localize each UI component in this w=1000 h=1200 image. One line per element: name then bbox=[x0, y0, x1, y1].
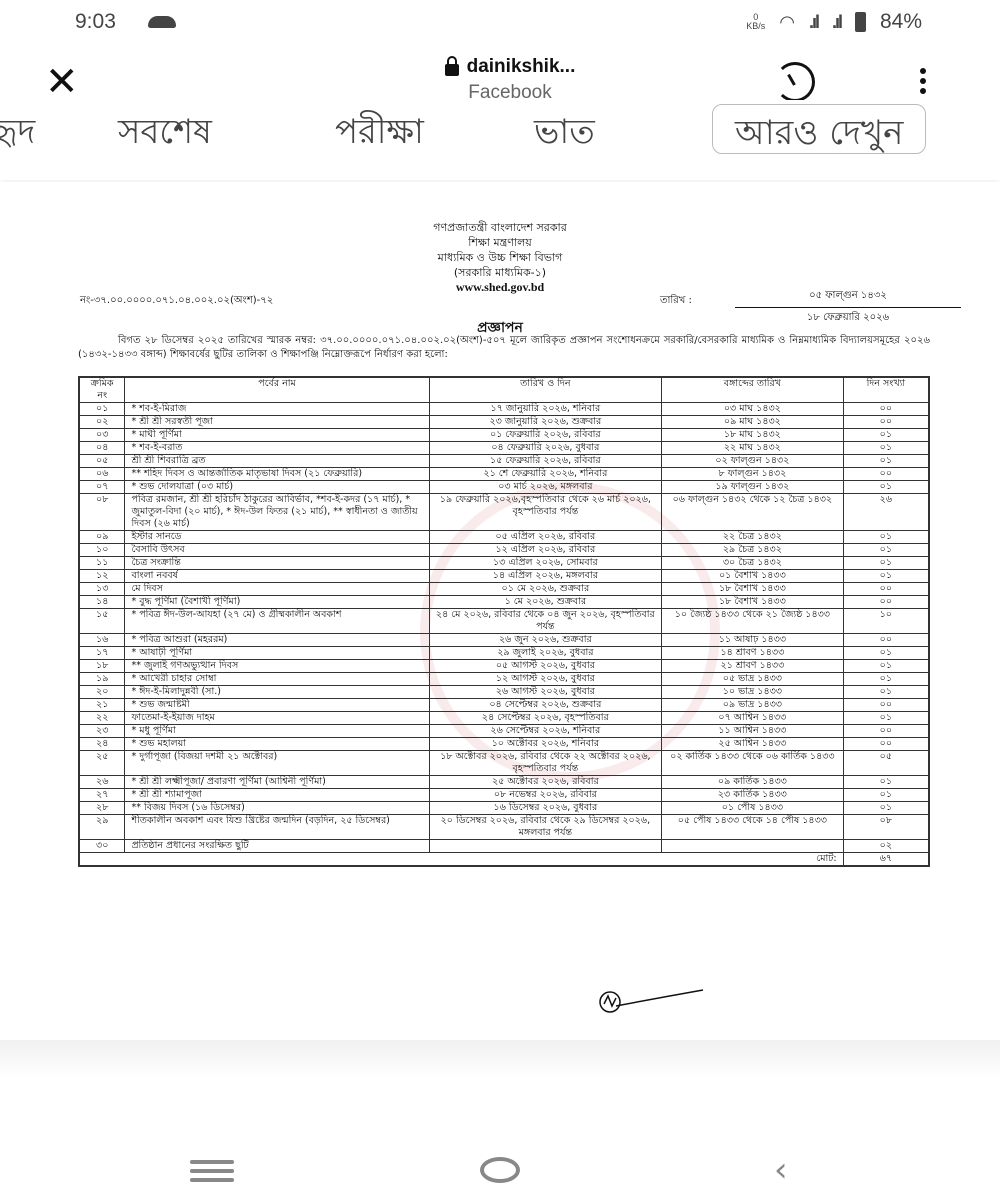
cell-date: ২৬ আগস্ট ২০২৬, বুধবার bbox=[429, 686, 662, 699]
cell-bangla-date: ১৯ ফাল্গুন ১৪৩২ bbox=[662, 481, 844, 494]
cell-date: ০৫ এপ্রিল ২০২৬, রবিবার bbox=[429, 531, 662, 544]
cell-date: ১২ এপ্রিল ২০২৬, রবিবার bbox=[429, 544, 662, 557]
network-speed: 0 KB/s bbox=[746, 13, 765, 31]
cell-date: ১৫ ফেব্রুয়ারি ২০২৬, রবিবার bbox=[429, 455, 662, 468]
cell-serial: ২৯ bbox=[79, 815, 125, 840]
cell-days: ০১ bbox=[843, 673, 929, 686]
cell-name: * মধু পূর্ণিমা bbox=[125, 725, 429, 738]
category-strip: হৃদ সবশেষ পরীক্ষা ভাত আরও দেখুন bbox=[0, 100, 1000, 180]
status-indicators: 0 KB/s ◠ .ıl .ıl 84% bbox=[746, 10, 922, 34]
cell-bangla-date: ১৮ মাঘ ১৪৩২ bbox=[662, 429, 844, 442]
cell-bangla-date: ২২ চৈত্র ১৪৩২ bbox=[662, 531, 844, 544]
cell-bangla-date: ০৯ ভাদ্র ১৪৩৩ bbox=[662, 699, 844, 712]
table-row: ১৯* আখেরী চাহার সোম্বা১২ আগস্ট ২০২৬, বুধ… bbox=[79, 673, 929, 686]
cell-name: ** বিজয় দিবস (১৬ ডিসেম্বর) bbox=[125, 802, 429, 815]
cell-bangla-date: ০৯ কার্তিক ১৪৩৩ bbox=[662, 776, 844, 789]
cell-date: ১৯ ফেব্রুয়ারি ২০২৬,বৃহস্পতিবার থেকে ২৬ … bbox=[429, 494, 662, 531]
table-row: ০১* শব-ই-মিরাজ১৭ জানুয়ারি ২০২৬, শনিবার০… bbox=[79, 403, 929, 416]
table-row: ০৬** শহিদ দিবস ও আন্তর্জাতিক মাতৃভাষা দি… bbox=[79, 468, 929, 481]
cell-bangla-date: ০৫ ভাদ্র ১৪৩৩ bbox=[662, 673, 844, 686]
cell-serial: ২৭ bbox=[79, 789, 125, 802]
cell-name: * আখেরী চাহার সোম্বা bbox=[125, 673, 429, 686]
cell-bangla-date: ০৯ মাঘ ১৪৩২ bbox=[662, 416, 844, 429]
cell-bangla-date: ১৮ বৈশাখ ১৪৩৩ bbox=[662, 583, 844, 596]
cell-serial: ২৫ bbox=[79, 751, 125, 776]
cell-days: ০১ bbox=[843, 712, 929, 725]
cell-bangla-date: ৮ ফাল্গুন ১৪৩২ bbox=[662, 468, 844, 481]
cloud-icon bbox=[148, 16, 176, 28]
cell-days: ০১ bbox=[843, 481, 929, 494]
cell-days: ০০ bbox=[843, 596, 929, 609]
cell-date bbox=[429, 840, 662, 853]
cell-name: * শুভ মহালয়া bbox=[125, 738, 429, 751]
cell-serial: ২৮ bbox=[79, 802, 125, 815]
cell-days: ০২ bbox=[843, 840, 929, 853]
table-row: ০২* শ্রী শ্রী সরস্বতী পূজা২৩ জানুয়ারি ২… bbox=[79, 416, 929, 429]
cell-days: ০০ bbox=[843, 738, 929, 751]
table-row: ২৬* শ্রী শ্রী লক্ষ্মীপূজা/ প্রবারণা পূর্… bbox=[79, 776, 929, 789]
cell-serial: ০২ bbox=[79, 416, 125, 429]
table-row: ১৪* বুদ্ধ পূর্ণিমা (বৈশাখী পূর্ণিমা)১ মে… bbox=[79, 596, 929, 609]
cell-days: ০০ bbox=[843, 583, 929, 596]
header-line: শিক্ষা মন্ত্রণালয় bbox=[0, 235, 1000, 250]
cell-name: বৈসাবি উৎসব bbox=[125, 544, 429, 557]
cell-date: ২৪ মে ২০২৬, রবিবার থেকে ০৪ জুন ২০২৬, বৃহ… bbox=[429, 609, 662, 634]
cell-name: শ্রী শ্রী শিবরাত্রি ব্রত bbox=[125, 455, 429, 468]
cell-name: শীতকালীন অবকাশ এবং যিশু খ্রিষ্টের জন্মদি… bbox=[125, 815, 429, 840]
signature bbox=[598, 986, 708, 1016]
cell-days: ০১ bbox=[843, 776, 929, 789]
col-header-days: দিন সংখ্যা bbox=[843, 377, 929, 403]
cell-serial: ০৬ bbox=[79, 468, 125, 481]
header-line: (সরকারি মাধ্যমিক-১) bbox=[0, 265, 1000, 280]
battery-level: 84% bbox=[880, 10, 922, 34]
cell-days: ০১ bbox=[843, 544, 929, 557]
cell-days: ০১ bbox=[843, 570, 929, 583]
col-header-name: পর্বের নাম bbox=[125, 377, 429, 403]
cell-serial: ১৬ bbox=[79, 634, 125, 647]
cell-serial: ১৭ bbox=[79, 647, 125, 660]
home-icon[interactable] bbox=[480, 1157, 520, 1183]
url-display[interactable]: dainikshik... Facebook bbox=[380, 56, 640, 104]
cell-name: ইস্টার সানডে bbox=[125, 531, 429, 544]
cell-days: ০০ bbox=[843, 699, 929, 712]
back-icon[interactable]: ‹ bbox=[774, 1150, 788, 1190]
cell-name: * শ্রী শ্রী সরস্বতী পূজা bbox=[125, 416, 429, 429]
table-header-row: ক্রমিক নং পর্বের নাম তারিখ ও দিন বঙ্গাব্… bbox=[79, 377, 929, 403]
table-row: ১২বাংলা নববর্ষ১৪ এপ্রিল ২০২৬, মঙ্গলবার০১… bbox=[79, 570, 929, 583]
cell-days: ০০ bbox=[843, 725, 929, 738]
cell-date: ০৩ মার্চ ২০২৬, মঙ্গলবার bbox=[429, 481, 662, 494]
col-header-date: তারিখ ও দিন bbox=[429, 377, 662, 403]
cell-name: ** শহিদ দিবস ও আন্তর্জাতিক মাতৃভাষা দিবস… bbox=[125, 468, 429, 481]
cell-bangla-date: ১০ ভাদ্র ১৪৩৩ bbox=[662, 686, 844, 699]
header-line: গণপ্রজাতন্ত্রী বাংলাদেশ সরকার bbox=[0, 220, 1000, 235]
cell-name: মে দিবস bbox=[125, 583, 429, 596]
table-row: ১০বৈসাবি উৎসব১২ এপ্রিল ২০২৬, রবিবার২৯ চৈ… bbox=[79, 544, 929, 557]
history-icon[interactable] bbox=[775, 62, 815, 102]
cell-serial: ০৩ bbox=[79, 429, 125, 442]
cell-days: ০১ bbox=[843, 660, 929, 673]
cell-serial: ৩০ bbox=[79, 840, 125, 853]
cell-days: ০১ bbox=[843, 802, 929, 815]
category-item[interactable]: সবশেষ bbox=[118, 106, 212, 163]
cell-date: ১২ আগস্ট ২০২৬, বুধবার bbox=[429, 673, 662, 686]
cell-serial: ২৪ bbox=[79, 738, 125, 751]
cell-name: পবিত্র রমজান, শ্রী শ্রী হরিচাঁদ ঠাকুরের … bbox=[125, 494, 429, 531]
cell-date: ০৫ আগস্ট ২০২৬, বুধবার bbox=[429, 660, 662, 673]
cell-name: * শ্রী শ্রী শ্যামাপূজা bbox=[125, 789, 429, 802]
category-item[interactable]: পরীক্ষা bbox=[335, 106, 424, 163]
cell-serial: ১১ bbox=[79, 557, 125, 570]
cell-days: ০১ bbox=[843, 442, 929, 455]
cell-name: * ঈদ-ই-মিলাদুন্নবী (সা.) bbox=[125, 686, 429, 699]
cell-serial: ১৮ bbox=[79, 660, 125, 673]
cell-date: ০৮ নভেম্বর ২০২৬, রবিবার bbox=[429, 789, 662, 802]
category-item[interactable]: ভাত bbox=[534, 106, 595, 163]
bottom-nav-area: ‹ bbox=[0, 1040, 1000, 1200]
status-time: 9:03 bbox=[75, 10, 116, 34]
cell-bangla-date: ২২ মাঘ ১৪৩২ bbox=[662, 442, 844, 455]
cell-date: ০৪ ফেব্রুয়ারি ২০২৬, বুধবার bbox=[429, 442, 662, 455]
cell-days: ০১ bbox=[843, 686, 929, 699]
table-row: ২৪* শুভ মহালয়া১০ অক্টোবর ২০২৬, শনিবার২৫… bbox=[79, 738, 929, 751]
document-intro: বিগত ২৮ ডিসেম্বর ২০২৫ তারিখের স্মারক নম্… bbox=[78, 334, 930, 362]
cell-date: ১৩ এপ্রিল ২০২৬, সোমবার bbox=[429, 557, 662, 570]
cell-days: ০১ bbox=[843, 531, 929, 544]
cell-bangla-date bbox=[662, 840, 844, 853]
cell-name: * মাঘী পূর্ণিমা bbox=[125, 429, 429, 442]
table-row: ১১চৈত্র সংক্রান্তি১৩ এপ্রিল ২০২৬, সোমবার… bbox=[79, 557, 929, 570]
cell-serial: ১৪ bbox=[79, 596, 125, 609]
cell-date: ১৭ জানুয়ারি ২০২৬, শনিবার bbox=[429, 403, 662, 416]
cell-days: ০১ bbox=[843, 789, 929, 802]
cell-bangla-date: ০৩ মাঘ ১৪৩২ bbox=[662, 403, 844, 416]
cell-date: ২০ ডিসেম্বর ২০২৬, রবিবার থেকে ২৯ ডিসেম্ব… bbox=[429, 815, 662, 840]
cell-serial: ০৮ bbox=[79, 494, 125, 531]
cell-name: * শ্রী শ্রী লক্ষ্মীপূজা/ প্রবারণা পূর্ণি… bbox=[125, 776, 429, 789]
cell-name: * শুভ জন্মাষ্টমী bbox=[125, 699, 429, 712]
cell-days: ০৫ bbox=[843, 751, 929, 776]
document-header: গণপ্রজাতন্ত্রী বাংলাদেশ সরকার শিক্ষা মন্… bbox=[0, 220, 1000, 295]
cell-days: ০১ bbox=[843, 429, 929, 442]
wifi-icon: ◠ bbox=[779, 12, 795, 33]
date-label: তারিখ : bbox=[660, 293, 692, 310]
cell-serial: ২২ bbox=[79, 712, 125, 725]
cell-date: ০৪ সেপ্টেম্বর ২০২৬, শুক্রবার bbox=[429, 699, 662, 712]
table-row: ১৬* পবিত্র আশুরা (মহররম)২৬ জুন ২০২৬, শুক… bbox=[79, 634, 929, 647]
table-row: ১৩মে দিবস০১ মে ২০২৬, শুক্রবার১৮ বৈশাখ ১৪… bbox=[79, 583, 929, 596]
cell-serial: ০৯ bbox=[79, 531, 125, 544]
total-label: মোট: bbox=[79, 853, 843, 867]
lock-icon bbox=[445, 64, 459, 76]
table-row: ০৭* শুভ দোলযাত্রা (০৩ মার্চ)০৩ মার্চ ২০২… bbox=[79, 481, 929, 494]
table-row: ৩০প্রতিষ্ঠান প্রধানের সংরক্ষিত ছুটি০২ bbox=[79, 840, 929, 853]
signal-icon-2: .ıl bbox=[832, 12, 841, 33]
cell-bangla-date: ৩০ চৈত্র ১৪৩২ bbox=[662, 557, 844, 570]
cell-bangla-date: ১৪ শ্রাবণ ১৪৩৩ bbox=[662, 647, 844, 660]
cell-days: ০১ bbox=[843, 557, 929, 570]
cell-bangla-date: ০২ কার্তিক ১৪৩৩ থেকে ০৬ কার্তিক ১৪৩৩ bbox=[662, 751, 844, 776]
cell-date: ২১ শে ফেব্রুয়ারি ২০২৬, শনিবার bbox=[429, 468, 662, 481]
cell-date: ২৯ জুলাই ২০২৬, বুধবার bbox=[429, 647, 662, 660]
cell-days: ০০ bbox=[843, 416, 929, 429]
cell-name: * আষাঢ়ী পূর্ণিমা bbox=[125, 647, 429, 660]
cell-bangla-date: ০১ পৌষ ১৪৩৩ bbox=[662, 802, 844, 815]
cell-name: * পবিত্র ঈদ-উল-আযহা (২৭ মে) ও গ্রীষ্মকাল… bbox=[125, 609, 429, 634]
cell-serial: ১৫ bbox=[79, 609, 125, 634]
col-header-serial: ক্রমিক নং bbox=[79, 377, 125, 403]
cell-serial: ০৪ bbox=[79, 442, 125, 455]
cell-date: ১৪ এপ্রিল ২০২৬, মঙ্গলবার bbox=[429, 570, 662, 583]
cell-date: ১০ অক্টোবর ২০২৬, শনিবার bbox=[429, 738, 662, 751]
cell-date: ২৬ সেপ্টেম্বর ২০২৬, শনিবার bbox=[429, 725, 662, 738]
cell-bangla-date: ২৯ চৈত্র ১৪৩২ bbox=[662, 544, 844, 557]
cell-date: ২৬ জুন ২০২৬, শুক্রবার bbox=[429, 634, 662, 647]
cell-days: ০১ bbox=[843, 647, 929, 660]
cell-date: ১৬ ডিসেম্বর ২০২৬, বুধবার bbox=[429, 802, 662, 815]
cell-date: ১৮ অক্টোবর ২০২৬, রবিবার থেকে ২২ অক্টোবর … bbox=[429, 751, 662, 776]
cell-date: ২৩ জানুয়ারি ২০২৬, শুক্রবার bbox=[429, 416, 662, 429]
cell-bangla-date: ১৮ বৈশাখ ১৪৩৩ bbox=[662, 596, 844, 609]
cell-name: বাংলা নববর্ষ bbox=[125, 570, 429, 583]
document-image: গণপ্রজাতন্ত্রী বাংলাদেশ সরকার শিক্ষা মন্… bbox=[0, 182, 1000, 1040]
cell-name: * দুর্গাপূজা (বিজয়া দশমী ২১ অক্টোবর) bbox=[125, 751, 429, 776]
cell-days: ০১ bbox=[843, 455, 929, 468]
cell-serial: ০১ bbox=[79, 403, 125, 416]
cell-bangla-date: ১১ আষাঢ় ১৪৩৩ bbox=[662, 634, 844, 647]
cell-days: ২৬ bbox=[843, 494, 929, 531]
header-line: মাধ্যমিক ও উচ্চ শিক্ষা বিভাগ bbox=[0, 250, 1000, 265]
table-row: ২৮** বিজয় দিবস (১৬ ডিসেম্বর)১৬ ডিসেম্বর… bbox=[79, 802, 929, 815]
cell-serial: ২১ bbox=[79, 699, 125, 712]
cell-bangla-date: ০৭ আশ্বিন ১৪৩৩ bbox=[662, 712, 844, 725]
cell-name: * পবিত্র আশুরা (মহররম) bbox=[125, 634, 429, 647]
cell-bangla-date: ২৩ কার্তিক ১৪৩৩ bbox=[662, 789, 844, 802]
cell-name: * শুভ দোলযাত্রা (০৩ মার্চ) bbox=[125, 481, 429, 494]
table-row: ১৫* পবিত্র ঈদ-উল-আযহা (২৭ মে) ও গ্রীষ্মক… bbox=[79, 609, 929, 634]
cell-days: ০০ bbox=[843, 634, 929, 647]
cell-date: ২৪ সেপ্টেম্বর ২০২৬, বৃহস্পতিবার bbox=[429, 712, 662, 725]
cell-days: ০৮ bbox=[843, 815, 929, 840]
cell-serial: ২৬ bbox=[79, 776, 125, 789]
cell-date: ১ মে ২০২৬, শুক্রবার bbox=[429, 596, 662, 609]
table-row: ০৪* শব-ই-বরাত০৪ ফেব্রুয়ারি ২০২৬, বুধবার… bbox=[79, 442, 929, 455]
cell-serial: ১৩ bbox=[79, 583, 125, 596]
cell-name: ** জুলাই গণঅভ্যুত্থান দিবস bbox=[125, 660, 429, 673]
cell-serial: ১৯ bbox=[79, 673, 125, 686]
table-row: ০৮পবিত্র রমজান, শ্রী শ্রী হরিচাঁদ ঠাকুরে… bbox=[79, 494, 929, 531]
recents-icon[interactable] bbox=[190, 1160, 234, 1187]
cell-serial: ০৭ bbox=[79, 481, 125, 494]
table-row: ২০* ঈদ-ই-মিলাদুন্নবী (সা.)২৬ আগস্ট ২০২৬,… bbox=[79, 686, 929, 699]
table-row: ০৫শ্রী শ্রী শিবরাত্রি ব্রত১৫ ফেব্রুয়ারি… bbox=[79, 455, 929, 468]
cell-days: ১০ bbox=[843, 609, 929, 634]
cell-bangla-date: ২৫ আশ্বিন ১৪৩৩ bbox=[662, 738, 844, 751]
cell-name: * শব-ই-মিরাজ bbox=[125, 403, 429, 416]
holiday-table: ক্রমিক নং পর্বের নাম তারিখ ও দিন বঙ্গাব্… bbox=[78, 376, 930, 867]
cell-bangla-date: ০২ ফাল্গুন ১৪৩২ bbox=[662, 455, 844, 468]
memo-number: নং-৩৭.০০.০০০০.০৭১.০৪.০০২.০২(অংশ)-৭২ bbox=[80, 293, 273, 310]
cell-serial: ২০ bbox=[79, 686, 125, 699]
table-total-row: মোট: ৬৭ bbox=[79, 853, 929, 867]
date-bangla: ০৫ ফাল্গুন ১৪৩২ bbox=[735, 288, 961, 308]
cell-days: ০০ bbox=[843, 403, 929, 416]
table-row: ১৮** জুলাই গণঅভ্যুত্থান দিবস০৫ আগস্ট ২০২… bbox=[79, 660, 929, 673]
table-row: ২৩* মধু পূর্ণিমা২৬ সেপ্টেম্বর ২০২৬, শনিব… bbox=[79, 725, 929, 738]
category-item[interactable]: হৃদ bbox=[0, 106, 35, 163]
cell-name: ফাতেমা-ই-ইয়াজ দাহম bbox=[125, 712, 429, 725]
cell-bangla-date: ২১ শ্রাবণ ১৪৩৩ bbox=[662, 660, 844, 673]
url-text: dainikshik... bbox=[467, 56, 576, 78]
table-row: ০৩* মাঘী পূর্ণিমা০১ ফেব্রুয়ারি ২০২৬, রব… bbox=[79, 429, 929, 442]
cell-serial: ১০ bbox=[79, 544, 125, 557]
table-row: ১৭* আষাঢ়ী পূর্ণিমা২৯ জুলাই ২০২৬, বুধবার… bbox=[79, 647, 929, 660]
signal-icon: .ıl bbox=[809, 12, 818, 33]
see-more-button[interactable]: আরও দেখুন bbox=[712, 104, 926, 154]
cell-name: প্রতিষ্ঠান প্রধানের সংরক্ষিত ছুটি bbox=[125, 840, 429, 853]
cell-serial: ২৩ bbox=[79, 725, 125, 738]
network-speed-unit: KB/s bbox=[746, 22, 765, 31]
col-header-bangla-date: বঙ্গাব্দের তারিখ bbox=[662, 377, 844, 403]
table-row: ২৯শীতকালীন অবকাশ এবং যিশু খ্রিষ্টের জন্ম… bbox=[79, 815, 929, 840]
cell-bangla-date: ০৫ পৌষ ১৪৩৩ থেকে ১৪ পৌষ ১৪৩৩ bbox=[662, 815, 844, 840]
cell-date: ২৫ অক্টোবর ২০২৬, রবিবার bbox=[429, 776, 662, 789]
status-bar: 9:03 0 KB/s ◠ .ıl .ıl 84% bbox=[0, 0, 1000, 50]
cell-name: চৈত্র সংক্রান্তি bbox=[125, 557, 429, 570]
table-row: ০৯ইস্টার সানডে০৫ এপ্রিল ২০২৬, রবিবার২২ চ… bbox=[79, 531, 929, 544]
total-value: ৬৭ bbox=[843, 853, 929, 867]
cell-bangla-date: ১১ আশ্বিন ১৪৩৩ bbox=[662, 725, 844, 738]
cell-days: ০০ bbox=[843, 468, 929, 481]
cell-bangla-date: ০১ বৈশাখ ১৪৩৩ bbox=[662, 570, 844, 583]
battery-icon bbox=[855, 12, 866, 32]
cell-serial: ০৫ bbox=[79, 455, 125, 468]
table-row: ২২ফাতেমা-ই-ইয়াজ দাহম২৪ সেপ্টেম্বর ২০২৬,… bbox=[79, 712, 929, 725]
cell-date: ০১ ফেব্রুয়ারি ২০২৬, রবিবার bbox=[429, 429, 662, 442]
cell-name: * শব-ই-বরাত bbox=[125, 442, 429, 455]
table-row: ২৫* দুর্গাপূজা (বিজয়া দশমী ২১ অক্টোবর)১… bbox=[79, 751, 929, 776]
cell-name: * বুদ্ধ পূর্ণিমা (বৈশাখী পূর্ণিমা) bbox=[125, 596, 429, 609]
cell-bangla-date: ১০ জ্যৈষ্ঠ ১৪৩৩ থেকে ২১ জ্যৈষ্ঠ ১৪৩৩ bbox=[662, 609, 844, 634]
close-icon[interactable]: ✕ bbox=[45, 62, 79, 102]
cell-serial: ১২ bbox=[79, 570, 125, 583]
table-row: ২১* শুভ জন্মাষ্টমী০৪ সেপ্টেম্বর ২০২৬, শু… bbox=[79, 699, 929, 712]
table-row: ২৭* শ্রী শ্রী শ্যামাপূজা০৮ নভেম্বর ২০২৬,… bbox=[79, 789, 929, 802]
cell-date: ০১ মে ২০২৬, শুক্রবার bbox=[429, 583, 662, 596]
cell-bangla-date: ০৬ ফাল্গুন ১৪৩২ থেকে ১২ চৈত্র ১৪৩২ bbox=[662, 494, 844, 531]
more-options-icon[interactable] bbox=[920, 68, 926, 98]
